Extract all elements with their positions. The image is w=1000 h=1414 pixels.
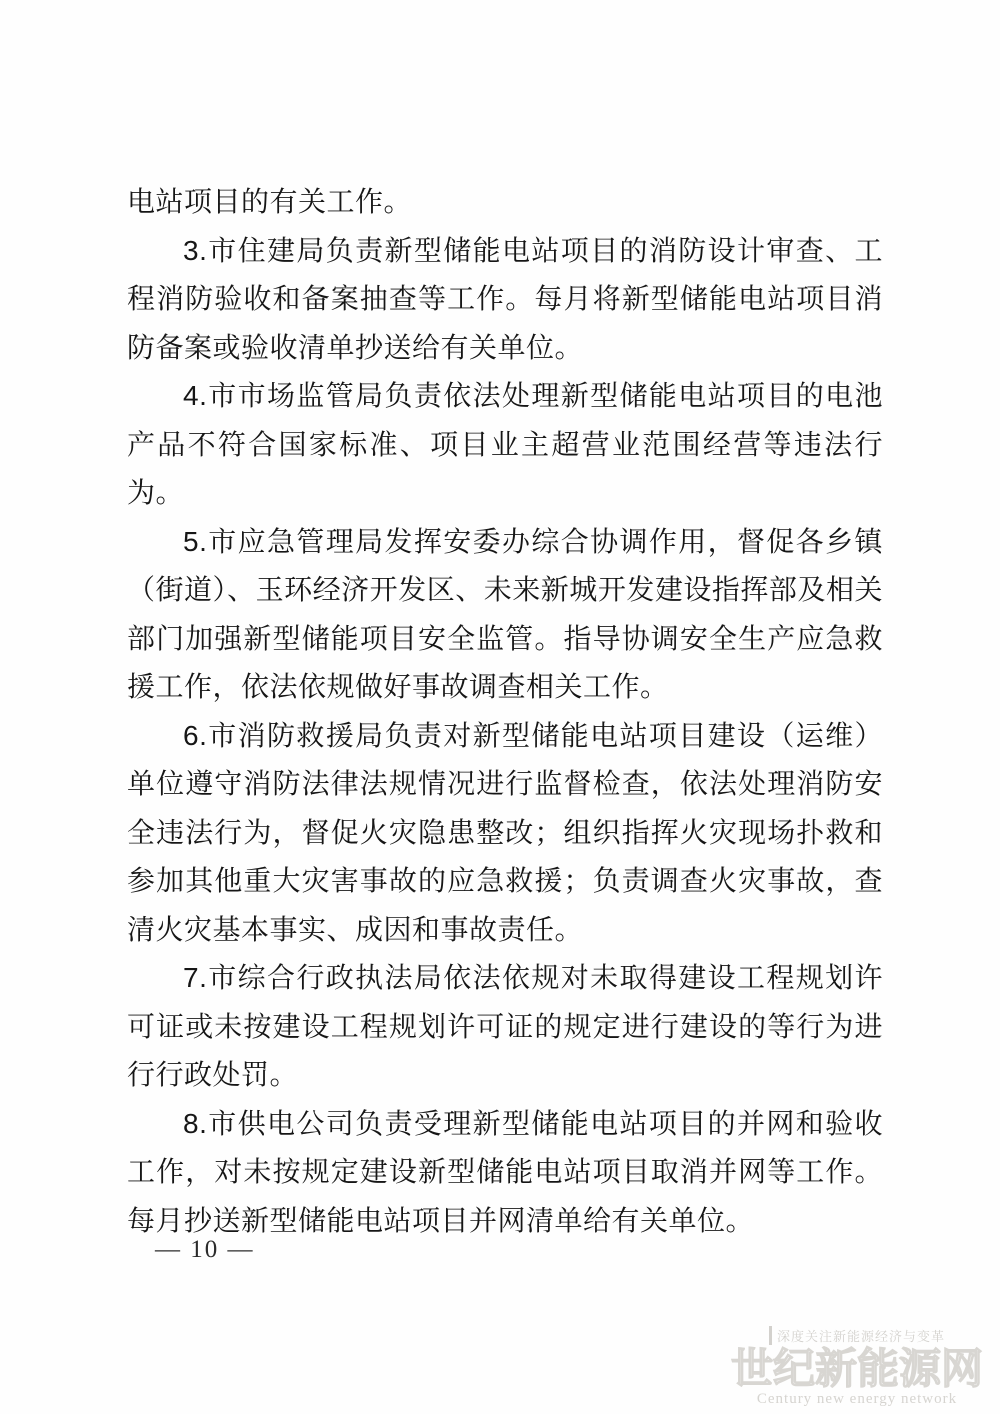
document-page: 电站项目的有关工作。 3.市住建局负责新型储能电站项目的消防设计审查、工程消防验…: [0, 0, 1000, 1414]
paragraph-continued: 电站项目的有关工作。: [127, 178, 883, 227]
watermark-title: 世纪新能源网: [722, 1347, 992, 1391]
paragraph-item-7: 7.市综合行政执法局依法依规对未取得建设工程规划许可证或未按建设工程规划许可证的…: [127, 954, 883, 1100]
paragraph-item-8: 8.市供电公司负责受理新型储能电站项目的并网和验收工作，对未按规定建设新型储能电…: [127, 1100, 883, 1246]
page-number: — 10 —: [155, 1236, 255, 1264]
document-body: 电站项目的有关工作。 3.市住建局负责新型储能电站项目的消防设计审查、工程消防验…: [127, 178, 883, 1245]
paragraph-item-4: 4.市市场监管局负责依法处理新型储能电站项目的电池产品不符合国家标准、项目业主超…: [127, 372, 883, 518]
watermark-tagline: 深度关注新能源经济与变革: [769, 1326, 945, 1345]
paragraph-item-3: 3.市住建局负责新型储能电站项目的消防设计审查、工程消防验收和备案抽查等工作。每…: [127, 227, 883, 373]
paragraph-item-6: 6.市消防救援局负责对新型储能电站项目建设（运维）单位遵守消防法律法规情况进行监…: [127, 712, 883, 955]
watermark: 深度关注新能源经济与变革 世纪新能源网 Century new energy n…: [722, 1326, 992, 1408]
paragraph-item-5: 5.市应急管理局发挥安委办综合协调作用，督促各乡镇（街道）、玉环经济开发区、未来…: [127, 518, 883, 712]
watermark-subtitle: Century new energy network: [722, 1391, 992, 1408]
